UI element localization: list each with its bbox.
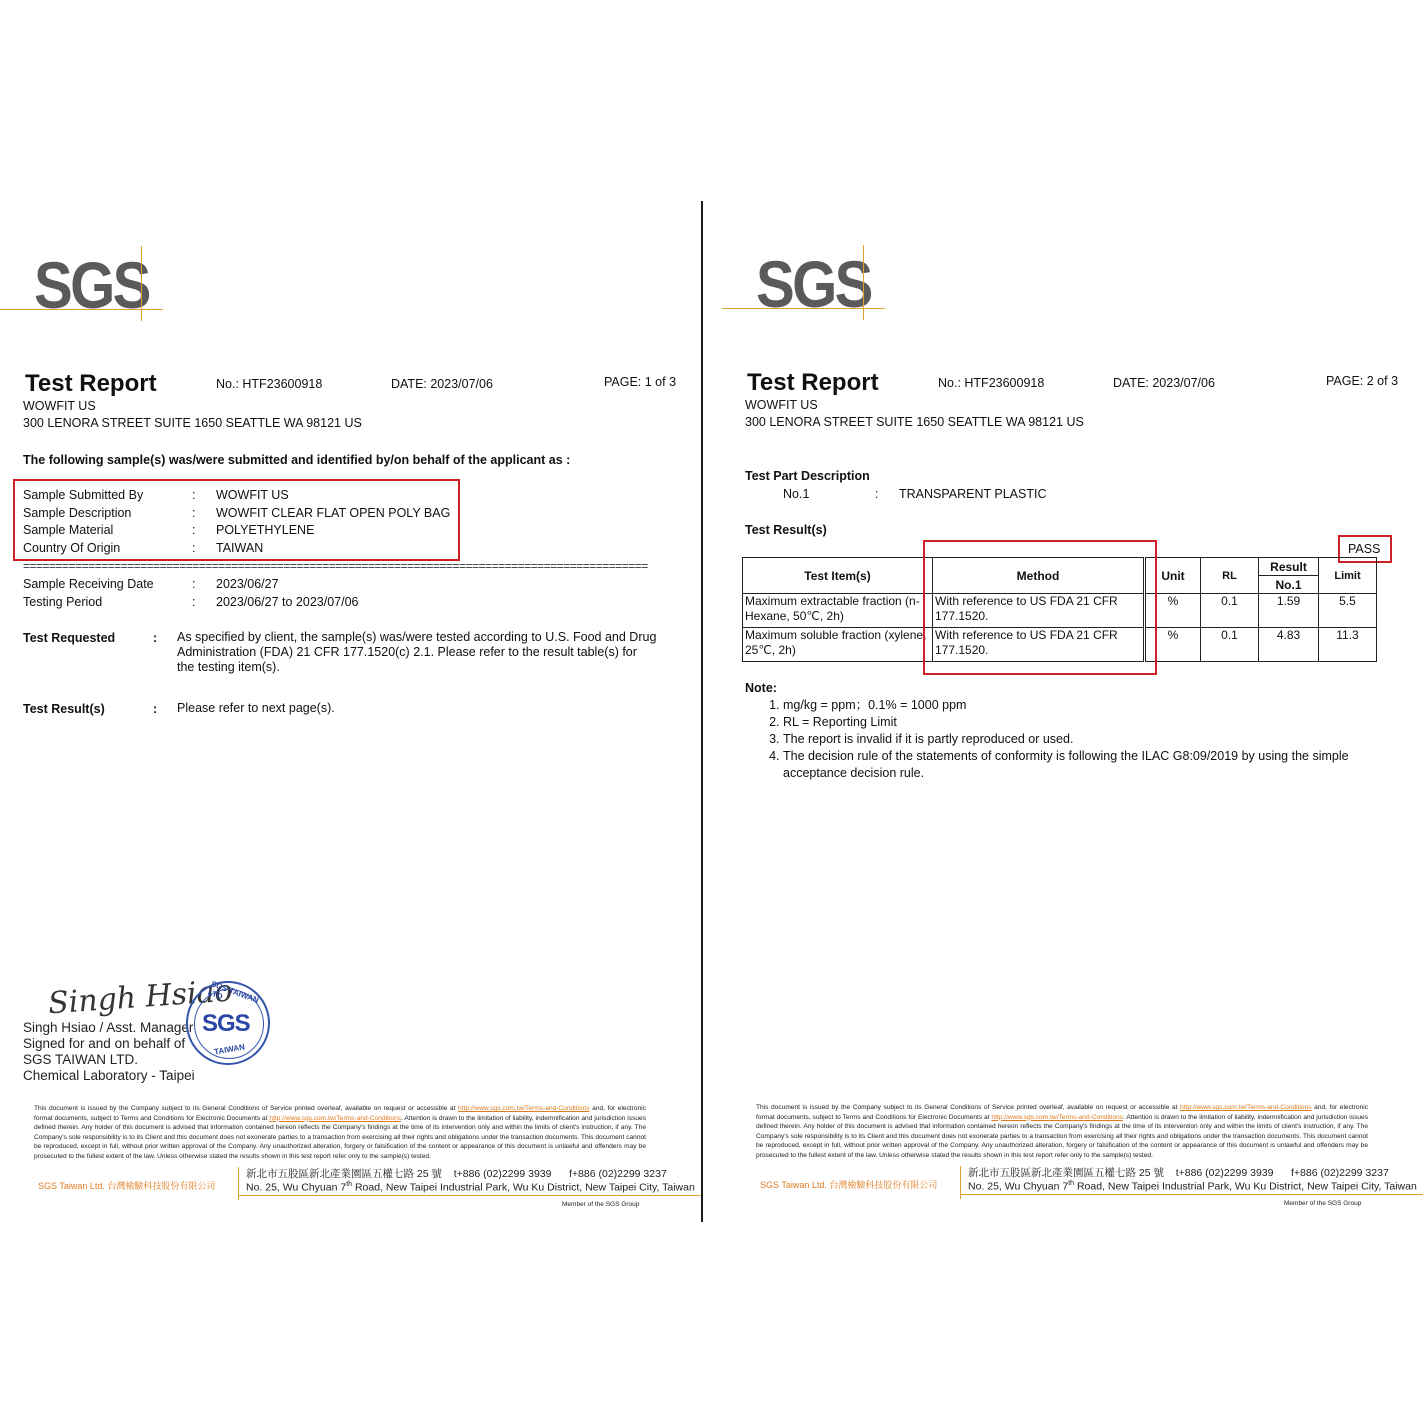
signatory-line: Signed for and on behalf of [23,1036,185,1052]
phone: t+886 (02)2299 3939 [1176,1167,1274,1179]
report-date: DATE: 2023/07/06 [391,377,493,391]
part-no: No.1 [783,487,809,501]
field-value-material: POLYETHYLENE [216,523,314,537]
field-sep: : [192,523,195,537]
test-requested-label: Test Requested [23,631,115,645]
test-requested-value: As specified by client, the sample(s) wa… [177,630,657,675]
field-sep: : [153,631,157,645]
member-text: Member of the SGS Group [562,1201,639,1208]
notes: Note: mg/kg = ppm；0.1% = 1000 ppm RL = R… [745,680,1353,782]
report-page-1: SGS Test Report No.: HTF23600918 DATE: 2… [0,0,713,1426]
report-title: Test Report [747,369,879,397]
results-heading: Test Result(s) [745,523,827,537]
client-address: 300 LENORA STREET SUITE 1650 SEATTLE WA … [23,416,362,430]
field-sep: : [875,487,878,501]
field-sep: : [192,541,195,555]
client-name: WOWFIT US [23,399,96,413]
signatory-name: Singh Hsiao / Asst. Manager [23,1020,193,1036]
address-english: No. 25, Wu Chyuan 7th Road, New Taipei I… [968,1180,1417,1193]
terms-link-electronic[interactable]: http://www.sgs.com.tw/Terms-and-Conditio… [269,1115,401,1122]
field-value-testing-period: 2023/06/27 to 2023/07/06 [216,595,359,609]
cell-result: 4.83 [1259,628,1319,662]
page-number: PAGE: 1 of 3 [604,375,676,389]
field-label: Sample Description [23,506,131,520]
terms-link[interactable]: http://www.sgs.com.tw/Terms-and-Conditio… [1180,1104,1312,1111]
header-result-no1: No.1 [1259,576,1319,594]
report-date: DATE: 2023/07/06 [1113,376,1215,390]
note-item: The report is invalid if it is partly re… [783,731,1353,748]
field-value-receiving-date: 2023/06/27 [216,577,279,591]
note-item: RL = Reporting Limit [783,714,1353,731]
note-item: mg/kg = ppm；0.1% = 1000 ppm [783,697,1353,714]
notes-heading: Note: [745,680,1353,697]
address-chinese: 新北市五股區新北產業園區五權七路 25 號 t+886 (02)2299 393… [968,1165,1389,1180]
address-chinese: 新北市五股區新北產業園區五權七路 25 號 t+886 (02)2299 393… [246,1166,667,1181]
cell-item: Maximum soluble fraction (xylene, 25℃, 2… [743,628,933,662]
member-text: Member of the SGS Group [1284,1200,1361,1207]
intro-text: The following sample(s) was/were submitt… [23,453,570,467]
stamp-center-text: SGS [202,1010,250,1038]
field-value-submitted-by: WOWFIT US [216,488,289,502]
signatory-lab: Chemical Laboratory - Taipei [23,1068,195,1084]
cell-rl: 0.1 [1201,628,1259,662]
disclaimer: This document is issued by the Company s… [34,1104,646,1161]
field-sep: : [192,577,195,591]
cell-rl: 0.1 [1201,594,1259,628]
cell-limit: 5.5 [1319,594,1377,628]
test-results-value: Please refer to next page(s). [177,701,335,715]
terms-link[interactable]: http://www.sgs.com.tw/Terms-and-Conditio… [458,1105,590,1112]
report-title: Test Report [25,370,157,398]
note-item: The decision rule of the statements of c… [783,748,1353,782]
company-name: SGS Taiwan Ltd. 台灣檢驗科技股份有限公司 [38,1179,215,1192]
field-label: Sample Submitted By [23,488,143,502]
sgs-taiwan-stamp-icon: SGS TAIWAN LTD SGS TAIWAN [186,981,270,1065]
header-result: Result [1259,558,1319,576]
part-value: TRANSPARENT PLASTIC [899,487,1047,501]
field-sep: : [192,506,195,520]
header-rl: RL [1201,558,1259,594]
header-test-item: Test Item(s) [743,558,933,594]
test-results-label: Test Result(s) [23,702,105,716]
company-name: SGS Taiwan Ltd. 台灣檢驗科技股份有限公司 [760,1178,937,1191]
report-number: No.: HTF23600918 [938,376,1044,390]
fax: f+886 (02)2299 3237 [569,1168,667,1180]
field-label: Sample Material [23,523,113,537]
field-label: Testing Period [23,595,102,609]
field-value-description: WOWFIT CLEAR FLAT OPEN POLY BAG [216,506,450,520]
report-number: No.: HTF23600918 [216,377,322,391]
cell-limit: 11.3 [1319,628,1377,662]
cell-result: 1.59 [1259,594,1319,628]
cell-item: Maximum extractable fraction (n-Hexane, … [743,594,933,628]
field-sep: : [192,488,195,502]
address-english: No. 25, Wu Chyuan 7th Road, New Taipei I… [246,1181,695,1194]
signatory-company: SGS TAIWAN LTD. [23,1052,138,1068]
page-number: PAGE: 2 of 3 [1326,374,1398,388]
field-value-origin: TAIWAN [216,541,263,555]
header-limit: Limit [1319,558,1377,594]
part-description-heading: Test Part Description [745,469,870,483]
field-label: Sample Receiving Date [23,577,154,591]
separator-line: ========================================… [23,561,661,571]
fax: f+886 (02)2299 3237 [1291,1167,1389,1179]
phone: t+886 (02)2299 3939 [454,1168,552,1180]
report-page-2: SGS Test Report No.: HTF23600918 DATE: 2… [722,0,1426,1426]
client-name: WOWFIT US [745,398,818,412]
disclaimer: This document is issued by the Company s… [756,1103,1368,1160]
field-sep: : [192,595,195,609]
field-label: Country Of Origin [23,541,120,555]
client-address: 300 LENORA STREET SUITE 1650 SEATTLE WA … [745,415,1084,429]
terms-link-electronic[interactable]: http://www.sgs.com.tw/Terms-and-Conditio… [991,1114,1123,1121]
highlight-box-method [923,540,1157,675]
field-sep: : [153,702,157,716]
